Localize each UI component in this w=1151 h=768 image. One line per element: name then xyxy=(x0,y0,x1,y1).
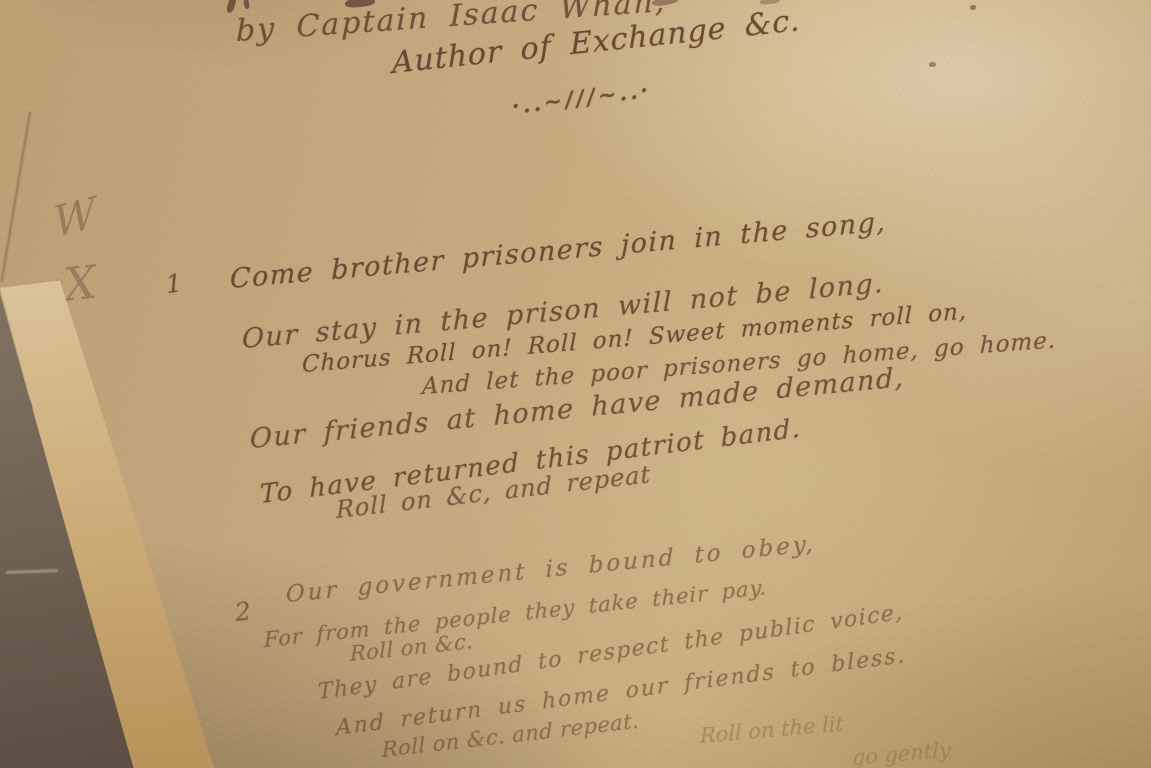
paper-speck xyxy=(970,5,976,10)
verse1-number: 1 xyxy=(164,268,183,299)
pencil-w-mark: W xyxy=(51,187,98,247)
paper-speck xyxy=(929,62,936,67)
manuscript-photo: by Captain Isaac Whan, Author of Exchang… xyxy=(0,0,1151,768)
verse2-number: 2 xyxy=(233,596,252,627)
